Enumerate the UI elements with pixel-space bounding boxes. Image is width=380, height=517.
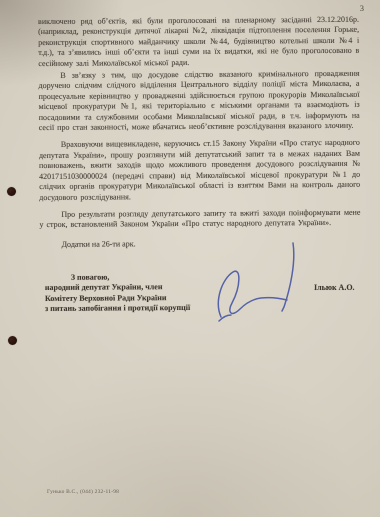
signatory-name: Ільюк А.О. — [314, 283, 355, 292]
hole-punch-dot — [7, 187, 16, 196]
body-paragraph: виключено ряд об’єктів, які були проголо… — [38, 15, 359, 69]
closing-block: З повагою, народний депутат України, чле… — [45, 271, 361, 314]
hole-punch-dot — [8, 336, 17, 345]
handwritten-signature — [207, 237, 307, 329]
closing-title-line: з питань запобігання і протидії корупції — [45, 301, 361, 313]
letter-body: виключено ряд об’єктів, які були проголо… — [38, 15, 361, 314]
body-paragraph: В зв’язку з тим, що досудове слідство вк… — [38, 69, 359, 134]
body-paragraph: Враховуючи вищевикладене, керуючись ст.1… — [39, 138, 360, 203]
document-page: 3 виключено ряд об’єктів, які були прого… — [0, 0, 380, 517]
page-number: 3 — [360, 3, 364, 13]
executor-contact-line: Гунько В.С., (044) 232-11-98 — [47, 489, 119, 495]
body-paragraph: Про результати розгляду депутатського за… — [39, 208, 360, 231]
attachments-line: Додатки на 26-ти арк. — [40, 237, 361, 250]
